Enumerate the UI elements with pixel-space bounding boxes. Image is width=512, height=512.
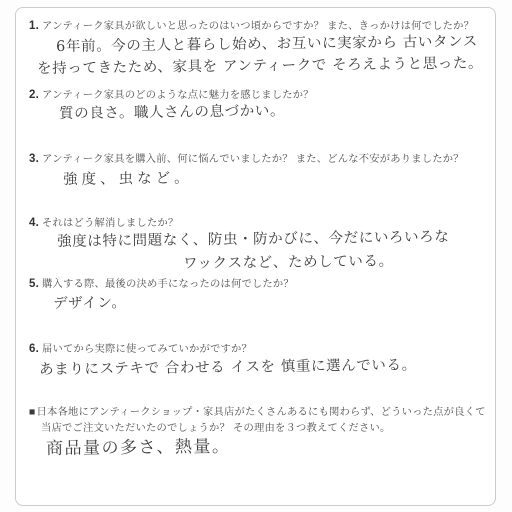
answer-1-line-1: 6年前。今の主人と暮らし始め、お互いに実家から 古いタンス: [56, 32, 478, 57]
question-2-number: 2.: [29, 89, 39, 101]
question-5-label: 購入する際、最後の決め手になったのは何でしたか？: [42, 279, 294, 290]
question-1-number: 1.: [29, 20, 39, 32]
answer-4-line-2: ワックスなど、ためしている。: [183, 251, 394, 274]
shop-question-line-2: 当店でご注文いただいたのでしょうか？ その理由を３つ教えてください。: [41, 421, 503, 436]
question-5-number: 5.: [29, 278, 39, 290]
question-2-label: アンティーク家具のどのような点に魅力を感じましたか？: [42, 90, 314, 101]
question-4-number: 4.: [29, 217, 39, 229]
question-1-label: アンティーク家具が欲しいと思ったのはいつ頃からですか？ また、きっかけは何でした…: [42, 21, 474, 32]
answer-3-line-1: 強度、虫など。: [63, 168, 193, 190]
question-3: 3.アンティーク家具を購入前、何に悩んでいましたか？ また、どんな不安がありまし…: [29, 152, 491, 167]
question-6: 6.届いてから実際に使ってみていかがですか？: [29, 342, 491, 357]
shop-question-text-2: 当店でご注文いただいたのでしょうか？ その理由を３つ教えてください。: [41, 423, 390, 434]
question-4-label: それはどう解消しましたか？: [42, 218, 178, 229]
answer-4-line-1: 強度は特に問題なく、防虫・防かびに、今だにいろいろな: [57, 227, 450, 252]
square-bullet-icon: ■: [29, 406, 36, 418]
question-3-label: アンティーク家具を購入前、何に悩んでいましたか？ また、どんな不安がありましたか…: [42, 154, 464, 165]
shop-question-answer: 商品量の多さ、熱量。: [46, 437, 231, 459]
questionnaire-page: 1.アンティーク家具が欲しいと思ったのはいつ頃からですか？ また、きっかけは何で…: [0, 0, 512, 512]
shop-question-text-1: 日本各地にアンティークショップ・家具店がたくさんあるにも関わらず、どういった点が…: [37, 407, 486, 418]
answer-2-line-1: 質の良さ。職人さんの息づかい。: [59, 101, 285, 124]
question-6-label: 届いてから実際に使ってみていかがですか？: [42, 344, 252, 355]
answer-6-line-1: あまりにステキで 合わせる イスを 慎重に選んでいる。: [39, 355, 417, 380]
question-3-number: 3.: [29, 153, 39, 165]
shop-question-line-1: ■日本各地にアンティークショップ・家具店がたくさんあるにも関わらず、どういった点…: [29, 405, 491, 420]
answer-1-line-2: を持ってきたため、家具を アンティークで そろえようと思った。: [37, 54, 483, 79]
questionnaire-sheet: 1.アンティーク家具が欲しいと思ったのはいつ頃からですか？ また、きっかけは何で…: [15, 7, 496, 506]
question-5: 5.購入する際、最後の決め手になったのは何でしたか？: [29, 277, 491, 292]
question-6-number: 6.: [29, 343, 39, 355]
answer-5-line-1: デザイン。: [53, 293, 127, 314]
